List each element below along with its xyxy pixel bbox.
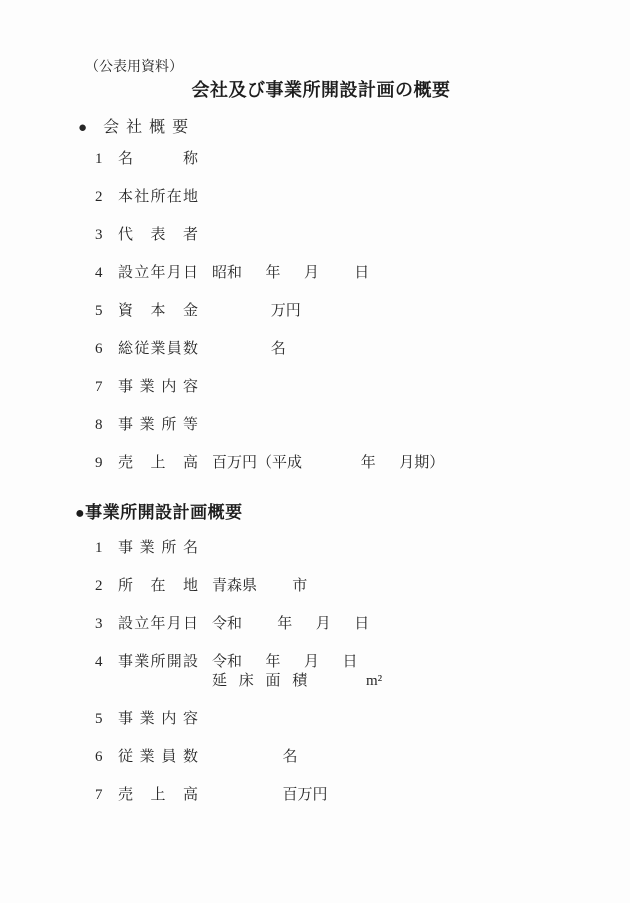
item-number: 9 bbox=[95, 454, 118, 473]
item-number: 6 bbox=[95, 748, 118, 767]
office-item-6: 6 従業員数 名 bbox=[95, 748, 630, 767]
item-label: 事業所等 bbox=[118, 416, 198, 435]
company-item-5: 5 資本金 万円 bbox=[95, 302, 630, 321]
office-item-7: 7 売上高 百万円 bbox=[95, 786, 630, 805]
company-items: 1 名称 2 本社所在地 3 代表者 4 設立年月日 昭和 年 月 日 5 資本… bbox=[95, 150, 630, 473]
office-item-2: 2 所在地 青森県 市 bbox=[95, 577, 630, 596]
company-item-2: 2 本社所在地 bbox=[95, 188, 630, 207]
item-label: 事業所名 bbox=[118, 539, 198, 558]
office-item-5: 5 事業内容 bbox=[95, 710, 630, 729]
page-title: 会社及び事業所開設計画の概要 bbox=[0, 79, 630, 101]
item-label: 事業内容 bbox=[118, 378, 198, 397]
item-number: 5 bbox=[95, 710, 118, 729]
item-number: 1 bbox=[95, 150, 118, 169]
company-item-9: 9 売上高 百万円（平成 年 月期） bbox=[95, 454, 630, 473]
item-value: 万円 bbox=[212, 302, 301, 321]
item-label: 資本金 bbox=[118, 302, 198, 321]
item-value: 百万円（平成 年 月期） bbox=[212, 454, 444, 473]
company-heading-text: 会社概要 bbox=[103, 119, 195, 136]
item-label: 売上高 bbox=[118, 786, 198, 805]
item-number: 3 bbox=[95, 615, 118, 634]
company-item-3: 3 代表者 bbox=[95, 226, 630, 245]
item-label: 事業内容 bbox=[118, 710, 198, 729]
office-section-heading: ●事業所開設計画概要 bbox=[75, 503, 630, 524]
item-number: 4 bbox=[95, 264, 118, 283]
bullet-icon: ● bbox=[75, 505, 85, 522]
document-page: （公表用資料） 会社及び事業所開設計画の概要 ●会社概要 1 名称 2 本社所在… bbox=[0, 0, 630, 903]
doc-label: （公表用資料） bbox=[85, 60, 630, 76]
item-value: 令和 年 月 日 延 床 面 積 m² bbox=[212, 653, 382, 691]
office-heading-text: 事業所開設計画概要 bbox=[85, 503, 243, 522]
office-item-4: 4 事業所開設 令和 年 月 日 延 床 面 積 m² bbox=[95, 653, 630, 691]
item-number: 3 bbox=[95, 226, 118, 245]
item-label: 代表者 bbox=[118, 226, 198, 245]
item-number: 2 bbox=[95, 188, 118, 207]
item-value: 名 bbox=[212, 340, 286, 359]
item-label: 総従業員数 bbox=[118, 340, 198, 359]
item-number: 7 bbox=[95, 378, 118, 397]
item-value: 昭和 年 月 日 bbox=[212, 264, 369, 283]
item-number: 5 bbox=[95, 302, 118, 321]
item-value: 百万円 bbox=[212, 786, 328, 805]
item-number: 4 bbox=[95, 653, 118, 672]
item-number: 1 bbox=[95, 539, 118, 558]
company-item-7: 7 事業内容 bbox=[95, 378, 630, 397]
item-number: 7 bbox=[95, 786, 118, 805]
company-item-1: 1 名称 bbox=[95, 150, 630, 169]
item-number: 8 bbox=[95, 416, 118, 435]
item-value: 令和 年 月 日 bbox=[212, 615, 369, 634]
office-item-1: 1 事業所名 bbox=[95, 539, 630, 558]
company-section-heading: ●会社概要 bbox=[78, 118, 630, 138]
item-value: 青森県 市 bbox=[212, 577, 307, 596]
item-number: 6 bbox=[95, 340, 118, 359]
item-number: 2 bbox=[95, 577, 118, 596]
office-item-3: 3 設立年月日 令和 年 月 日 bbox=[95, 615, 630, 634]
item-label: 所在地 bbox=[118, 577, 198, 596]
office-items: 1 事業所名 2 所在地 青森県 市 3 設立年月日 令和 年 月 日 4 事業… bbox=[95, 539, 630, 805]
company-item-8: 8 事業所等 bbox=[95, 416, 630, 435]
item-label: 売上高 bbox=[118, 454, 198, 473]
item-label: 設立年月日 bbox=[118, 615, 198, 634]
item-value: 名 bbox=[212, 748, 298, 767]
item-label: 名称 bbox=[118, 150, 198, 169]
bullet-icon: ● bbox=[78, 120, 87, 136]
item-label: 事業所開設 bbox=[118, 653, 198, 672]
company-item-4: 4 設立年月日 昭和 年 月 日 bbox=[95, 264, 630, 283]
item-label: 本社所在地 bbox=[118, 188, 198, 207]
company-item-6: 6 総従業員数 名 bbox=[95, 340, 630, 359]
item-label: 従業員数 bbox=[118, 748, 198, 767]
item-label: 設立年月日 bbox=[118, 264, 198, 283]
